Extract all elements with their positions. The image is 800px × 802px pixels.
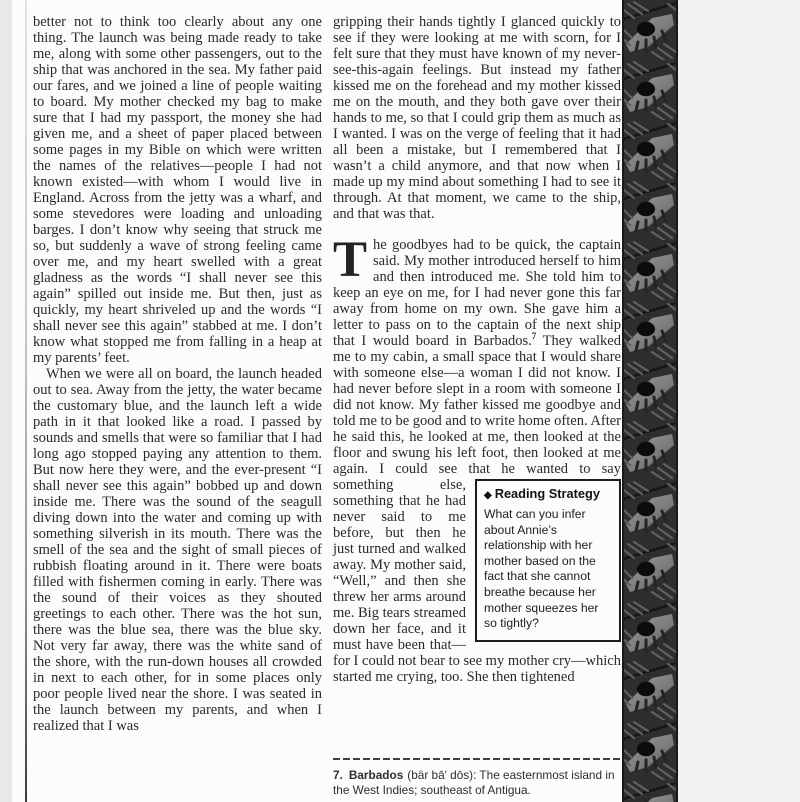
reading-strategy-header: ◆Reading Strategy [484,486,612,504]
page-gutter-shadow [25,0,27,802]
story-paragraph: When we were all on board, the launch he… [33,366,322,734]
book-page-scan: better not to think too clearly about an… [0,0,800,802]
carved-pattern-svg [622,0,678,802]
footnote: 7.Barbados(bär bā′ dōs): The easternmost… [333,758,621,797]
left-page-edge [0,0,12,802]
story-text: They walked me to my cabin, a small spac… [333,333,621,493]
decorative-carved-border [622,0,678,802]
diamond-icon: ◆ [484,490,492,501]
footnote-text: 7.Barbados(bär bā′ dōs): The easternmost… [333,768,621,797]
reading-strategy-title: Reading Strategy [495,486,600,501]
story-paragraph-dropcap: The goodbyes had to be quick, the captai… [333,237,621,685]
footnote-rule [333,758,621,760]
story-paragraph: gripping their hands tightly I glanced q… [333,14,621,222]
reading-strategy-box: ◆Reading StrategyWhat can you infer abou… [475,479,621,642]
left-text-column: better not to think too clearly about an… [33,14,322,734]
story-paragraph: better not to think too clearly about an… [33,14,322,366]
reading-strategy-question: What can you infer about Annie’s relatio… [484,507,612,632]
right-text-column: gripping their hands tightly I glanced q… [333,14,621,685]
dropcap-letter: T [333,240,367,281]
footnote-number: 7. [333,768,343,782]
footnote-term: Barbados [349,768,403,782]
